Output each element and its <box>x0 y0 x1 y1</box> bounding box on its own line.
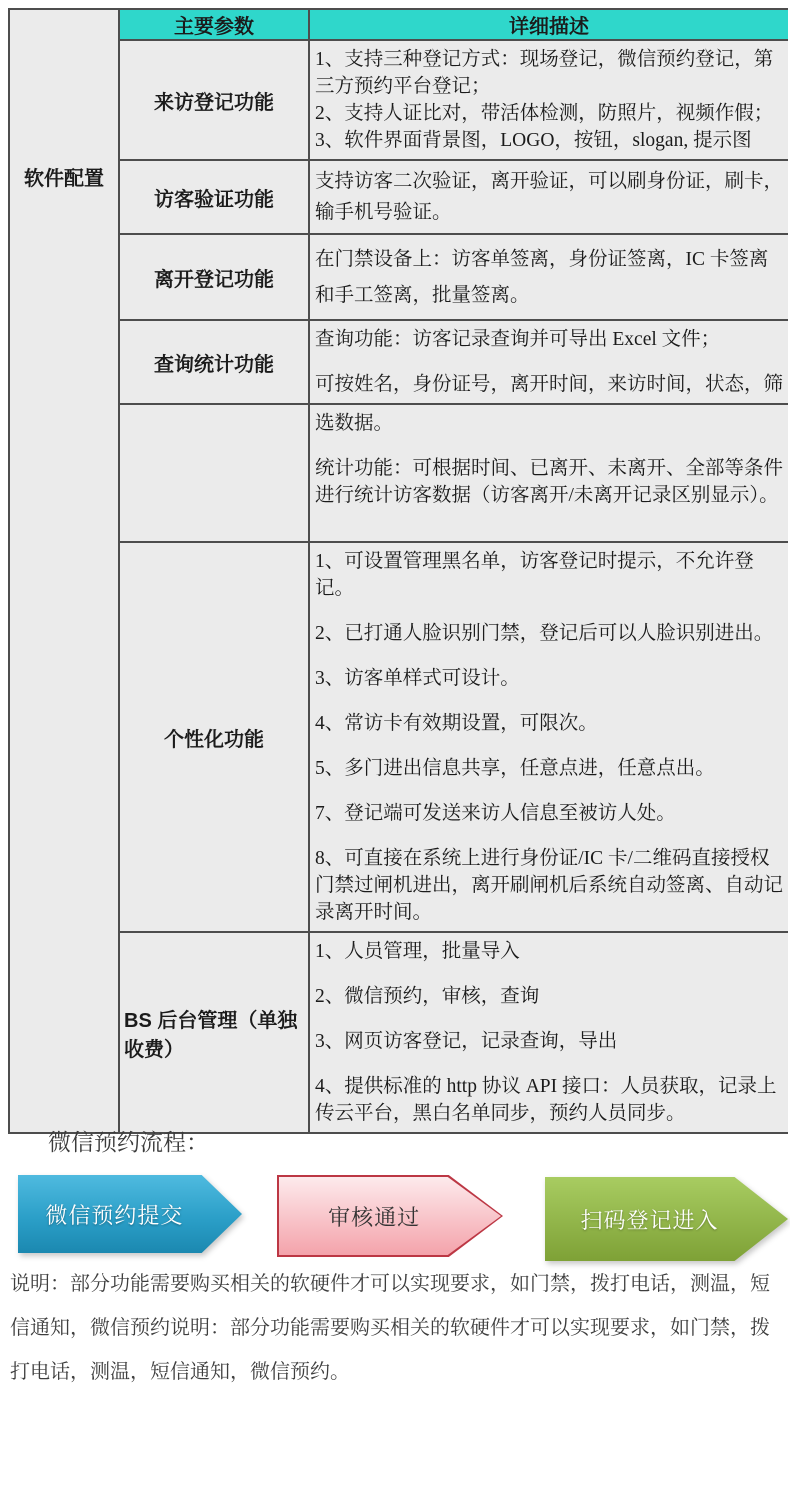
detail-paragraph: 在门禁设备上：访客单签离，身份证签离，IC 卡签离和手工签离，批量签离。 <box>315 242 786 314</box>
detail-paragraph: 4、提供标准的 http 协议 API 接口：人员获取，记录上传云平台，黑白名单… <box>315 1073 786 1127</box>
detail-cell: 支持访客二次验证，离开验证，可以刷身份证，刷卡，输手机号验证。 <box>310 161 788 233</box>
detail-paragraph: 5、多门进出信息共享，任意点进，任意点出。 <box>315 755 786 782</box>
detail-cell: 1、可设置管理黑名单，访客登记时提示，不允许登记。2、已打通人脸识别门禁，登记后… <box>310 543 788 931</box>
flow-step-pink-arrow: 审核通过 <box>277 1175 503 1257</box>
flow-step-blue-arrow: 微信预约提交 <box>18 1175 242 1253</box>
column-header-desc: 详细描述 <box>310 10 788 39</box>
detail-paragraph: 1、人员管理，批量导入 <box>315 938 786 965</box>
spec-table: 软件配置 主要参数 详细描述 来访登记功能1、支持三种登记方式：现场登记，微信预… <box>8 8 788 1134</box>
arrow-shape: 微信预约提交 <box>18 1175 242 1253</box>
arrow-shape: 审核通过 <box>277 1175 503 1257</box>
detail-paragraph: 统计功能：可根据时间、已离开、未离开、全部等条件进行统计访客数据（访客离开/未离… <box>315 455 786 509</box>
param-label-cell: 个性化功能 <box>120 543 308 931</box>
page: 软件配置 主要参数 详细描述 来访登记功能1、支持三种登记方式：现场登记，微信预… <box>0 0 790 1511</box>
detail-paragraph: 7、登记端可发送来访人信息至被访人处。 <box>315 800 786 827</box>
detail-paragraph: 3、网页访客登记，记录查询，导出 <box>315 1028 786 1055</box>
detail-cell: 查询功能：访客记录查询并可导出 Excel 文件；可按姓名，身份证号，离开时间，… <box>310 321 788 403</box>
side-label: 软件配置 <box>10 10 118 1132</box>
detail-paragraph: 8、可直接在系统上进行身份证/IC 卡/二维码直接授权门禁过闸机进出，离开刷闸机… <box>315 845 786 926</box>
flow-title: 微信预约流程： <box>48 1124 209 1157</box>
detail-cell: 在门禁设备上：访客单签离，身份证签离，IC 卡签离和手工签离，批量签离。 <box>310 235 788 319</box>
column-header-param: 主要参数 <box>120 10 308 39</box>
detail-cell: 选数据。统计功能：可根据时间、已离开、未离开、全部等条件进行统计访客数据（访客离… <box>310 405 788 541</box>
detail-paragraph: 4、常访卡有效期设置，可限次。 <box>315 710 786 737</box>
flow-step-label: 微信预约提交 <box>45 1199 214 1230</box>
detail-cell: 1、人员管理，批量导入2、微信预约，审核，查询3、网页访客登记，记录查询，导出4… <box>310 933 788 1132</box>
param-label-cell: 访客验证功能 <box>120 161 308 233</box>
param-label-cell <box>120 405 308 541</box>
flow-step-green-arrow: 扫码登记进入 <box>545 1177 788 1261</box>
detail-paragraph: 2、微信预约，审核，查询 <box>315 983 786 1010</box>
detail-paragraph: 查询功能：访客记录查询并可导出 Excel 文件； <box>315 326 786 353</box>
detail-paragraph: 选数据。 <box>315 410 786 437</box>
detail-paragraph: 1、支持三种登记方式：现场登记，微信预约登记，第三方预约平台登记； <box>315 46 786 100</box>
detail-paragraph: 1、可设置管理黑名单，访客登记时提示，不允许登记。 <box>315 548 786 602</box>
flow-step-label: 审核通过 <box>328 1201 452 1232</box>
detail-cell: 1、支持三种登记方式：现场登记，微信预约登记，第三方预约平台登记；2、支持人证比… <box>310 41 788 159</box>
param-label-cell: 查询统计功能 <box>120 321 308 403</box>
detail-paragraph: 2、已打通人脸识别门禁，登记后可以人脸识别进出。 <box>315 620 786 647</box>
detail-paragraph: 3、访客单样式可设计。 <box>315 665 786 692</box>
detail-paragraph: 支持访客二次验证，离开验证，可以刷身份证，刷卡，输手机号验证。 <box>315 166 786 228</box>
detail-paragraph: 可按姓名，身份证号，离开时间，来访时间，状态，筛 <box>315 371 786 398</box>
param-label-cell: BS 后台管理（单独收费） <box>120 933 308 1132</box>
param-label-cell: 离开登记功能 <box>120 235 308 319</box>
detail-paragraph: 3、软件界面背景图，LOGO，按钮，slogan, 提示图 <box>315 127 786 154</box>
flow-step-label: 扫码登记进入 <box>580 1204 752 1235</box>
arrow-shape: 扫码登记进入 <box>545 1177 788 1261</box>
note-text: 说明：部分功能需要购买相关的软硬件才可以实现要求，如门禁，拨打电话，测温，短信通… <box>10 1262 784 1394</box>
detail-paragraph: 2、支持人证比对，带活体检测，防照片，视频作假； <box>315 100 786 127</box>
param-label-cell: 来访登记功能 <box>120 41 308 159</box>
